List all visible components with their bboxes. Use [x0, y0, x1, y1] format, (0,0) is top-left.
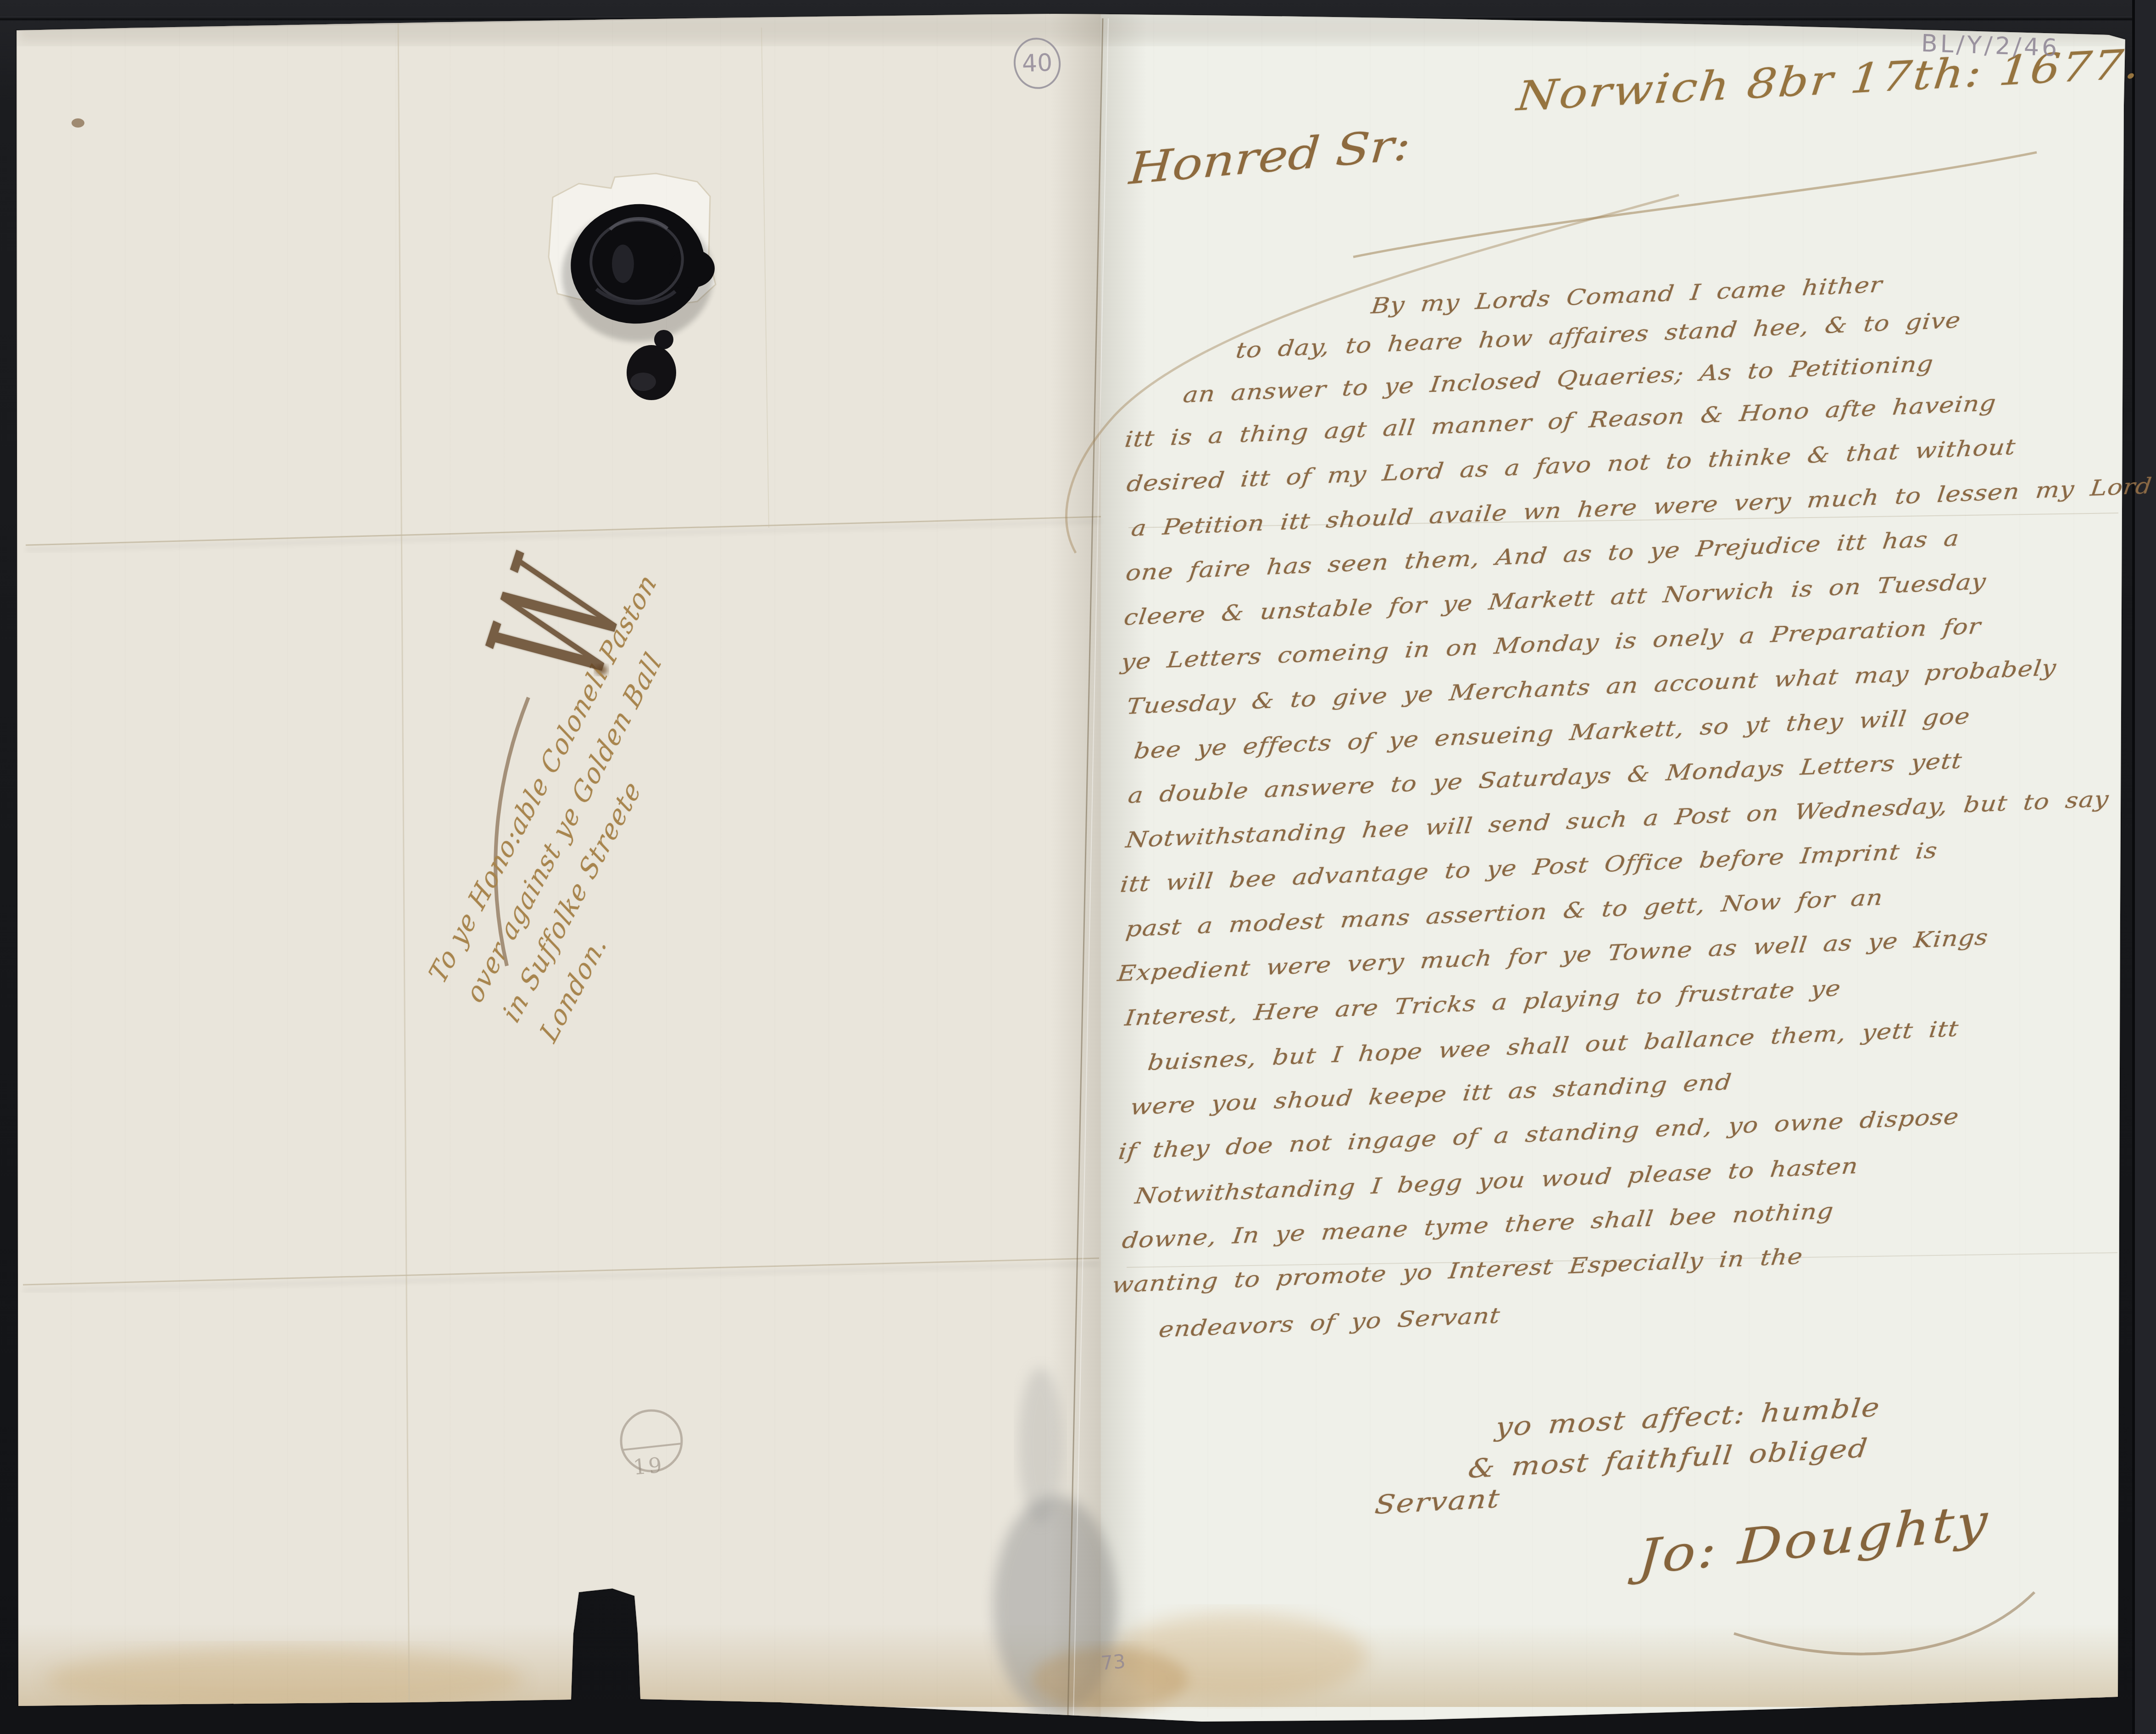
folio-number: 40 — [1022, 49, 1053, 78]
letter-line: downe, In ye meane tyme there shall bee … — [1120, 1203, 1734, 1254]
letter-line: Notwithstanding I begg you woud please t… — [1133, 1158, 1757, 1209]
address-panel: To ye Hono:able Colonell Pastonover agai… — [417, 403, 867, 1049]
pencil-folio: 73 — [1100, 1650, 1127, 1674]
letter-line: By my Lords Comand I came hither — [1369, 275, 1811, 319]
letter-line: were you shoud keepe itt as standing end — [1128, 1073, 1647, 1120]
letter-line: bee ye effects of ye ensueing Markett, s… — [1132, 708, 1853, 764]
shelfmark: BL/Y/2/46 — [1921, 30, 2060, 62]
letter-line: buisnes, but I hope wee shall out ballan… — [1145, 1021, 1845, 1076]
letter-line: to day, to heare how affaires stand hee,… — [1234, 312, 1859, 363]
letter-line: itt will bee advantage to ye Post Office… — [1118, 843, 1823, 898]
letter-line: desired itt of my Lord as a favo not to … — [1124, 440, 1892, 497]
letter-line: Interest, Here are Tricks a playing to f… — [1122, 980, 1741, 1031]
closing-line: Servant — [1372, 1485, 1481, 1520]
ink-layer: Norwich 8br 17th: 1677. Honred Sr: By my… — [0, 0, 2156, 1734]
postmark-day: 19 — [632, 1452, 665, 1480]
letter-signature: Jo: Doughty — [1631, 1499, 1939, 1586]
letter-line: Expedient were very much for ye Towne as… — [1115, 930, 1867, 987]
photo-of-letter: Norwich 8br 17th: 1677. Honred Sr: By my… — [0, 0, 2156, 1734]
letter-line: one faire has seen them, And as to ye Pr… — [1123, 530, 1843, 586]
closing-line: yo most affect: humble — [1493, 1395, 1826, 1443]
letter-line: wanting to promote yo Interest Especiall… — [1110, 1248, 1706, 1298]
letter-salutation: Honred Sr: — [1123, 123, 1370, 195]
closing-line: & most faithfull obliged — [1465, 1436, 1811, 1484]
letter-line: cleere & unstable for ye Markett att Nor… — [1122, 574, 1866, 630]
letter-line: endeavors of yo Servant — [1156, 1305, 1452, 1343]
letter-line: an answer to ye Inclosed Quaeries; As to… — [1181, 356, 1828, 408]
letter-line: past a modest mans assertion & to gett, … — [1123, 889, 1777, 942]
letter-line: ye Letters comeing in on Monday is onely… — [1119, 619, 1861, 675]
letter-line: if they doe not ingage of a standing end… — [1116, 1109, 1842, 1165]
letter-line: a double answere to ye Saturdays & Monda… — [1126, 753, 1846, 808]
